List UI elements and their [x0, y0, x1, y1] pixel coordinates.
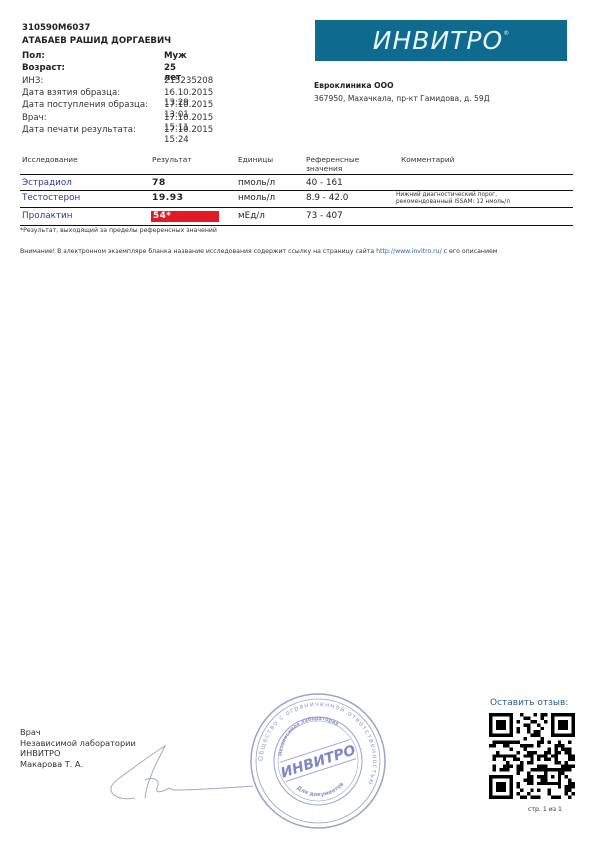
test-link-prolactin[interactable]: Пролактин: [22, 210, 73, 222]
invitro-logo: ИНВИТРО®: [315, 20, 567, 61]
reference-prolactin: 73 - 407: [306, 210, 343, 222]
result-estradiol: 78: [152, 177, 166, 189]
sig-line1: Врач: [20, 727, 136, 738]
patient-row-value: Муж: [164, 51, 187, 61]
header-reference: Референсные значения: [306, 155, 359, 173]
invitro-site-link[interactable]: http://www.invitro.ru/: [376, 248, 442, 255]
patient-row-value: 215235208: [164, 76, 213, 86]
patient-row-label: Дата печати результата:: [22, 125, 162, 135]
svg-text:Общество с ограниченной ответс: Общество с ограниченной ответственностью: [257, 700, 379, 787]
header-test: Исследование: [22, 155, 78, 164]
page-number: стр. 1 из 1: [528, 806, 562, 813]
patient-row-label: Дата поступления образца:: [22, 100, 162, 110]
result-testosterone: 19.93: [152, 192, 184, 204]
stamp-outer-text: Общество с ограниченной ответственностью: [257, 700, 379, 787]
reference-testosterone: 8.9 - 42.0: [306, 192, 348, 204]
patient-row-value: 17.10.2015 15:24: [164, 125, 213, 145]
comment-testosterone: Нижний диагностический порог, рекомендов…: [396, 192, 510, 206]
footnote: *Результат, выходящий за пределы референ…: [20, 227, 217, 234]
header-result: Результат: [152, 155, 192, 164]
units-testosterone: нмоль/л: [238, 192, 275, 204]
clinic-address: 367950, Махачкала, пр-кт Гамидова, д. 59…: [314, 94, 490, 103]
reference-estradiol: 40 - 161: [306, 177, 343, 189]
notice-text: Внимание! В электронном экземпляре бланк…: [20, 248, 374, 255]
test-link-estradiol[interactable]: Эстрадиол: [22, 177, 72, 189]
test-link-testosterone[interactable]: Тестостерон: [22, 192, 80, 204]
qr-code-icon[interactable]: [489, 713, 575, 799]
units-estradiol: пмоль/л: [238, 177, 275, 189]
notice-text-end: с его описанием: [444, 248, 498, 255]
logo-text: ИНВИТРО: [373, 26, 503, 55]
patient-row-label: ИНЗ:: [22, 76, 162, 86]
patient-name: АТАБАЕВ РАШИД ДОРГАЕВИЧ: [22, 36, 171, 46]
comment-line1: Нижний диагностический порог,: [396, 192, 510, 199]
patient-row-label: Врач:: [22, 113, 162, 123]
table-divider: [20, 174, 573, 175]
feedback-title: Оставить отзыв:: [490, 698, 568, 708]
header-comment: Комментарий: [401, 155, 454, 164]
patient-code: 310590M6037: [22, 23, 90, 33]
header-units: Единицы: [238, 155, 273, 164]
patient-row-label: Дата взятия образца:: [22, 88, 162, 98]
result-prolactin-flagged: 54*: [151, 211, 219, 222]
patient-row-label: Пол:: [22, 51, 162, 61]
units-prolactin: мЕд/л: [238, 210, 265, 222]
header-reference-line1: Референсные: [306, 155, 359, 164]
handwritten-signature-icon: [95, 740, 255, 810]
header-reference-line2: значения: [306, 164, 359, 173]
clinic-name: Евроклиника ООО: [314, 81, 394, 90]
lab-stamp-icon: Общество с ограниченной ответственностью…: [247, 690, 389, 832]
table-divider: [20, 207, 573, 208]
registered-mark: ®: [503, 30, 509, 37]
patient-row-label: Возраст:: [22, 63, 162, 73]
comment-line2: рекомендованный ISSAM: 12 нмоль/л: [396, 199, 510, 206]
notice: Внимание! В электронном экземпляре бланк…: [20, 248, 497, 255]
